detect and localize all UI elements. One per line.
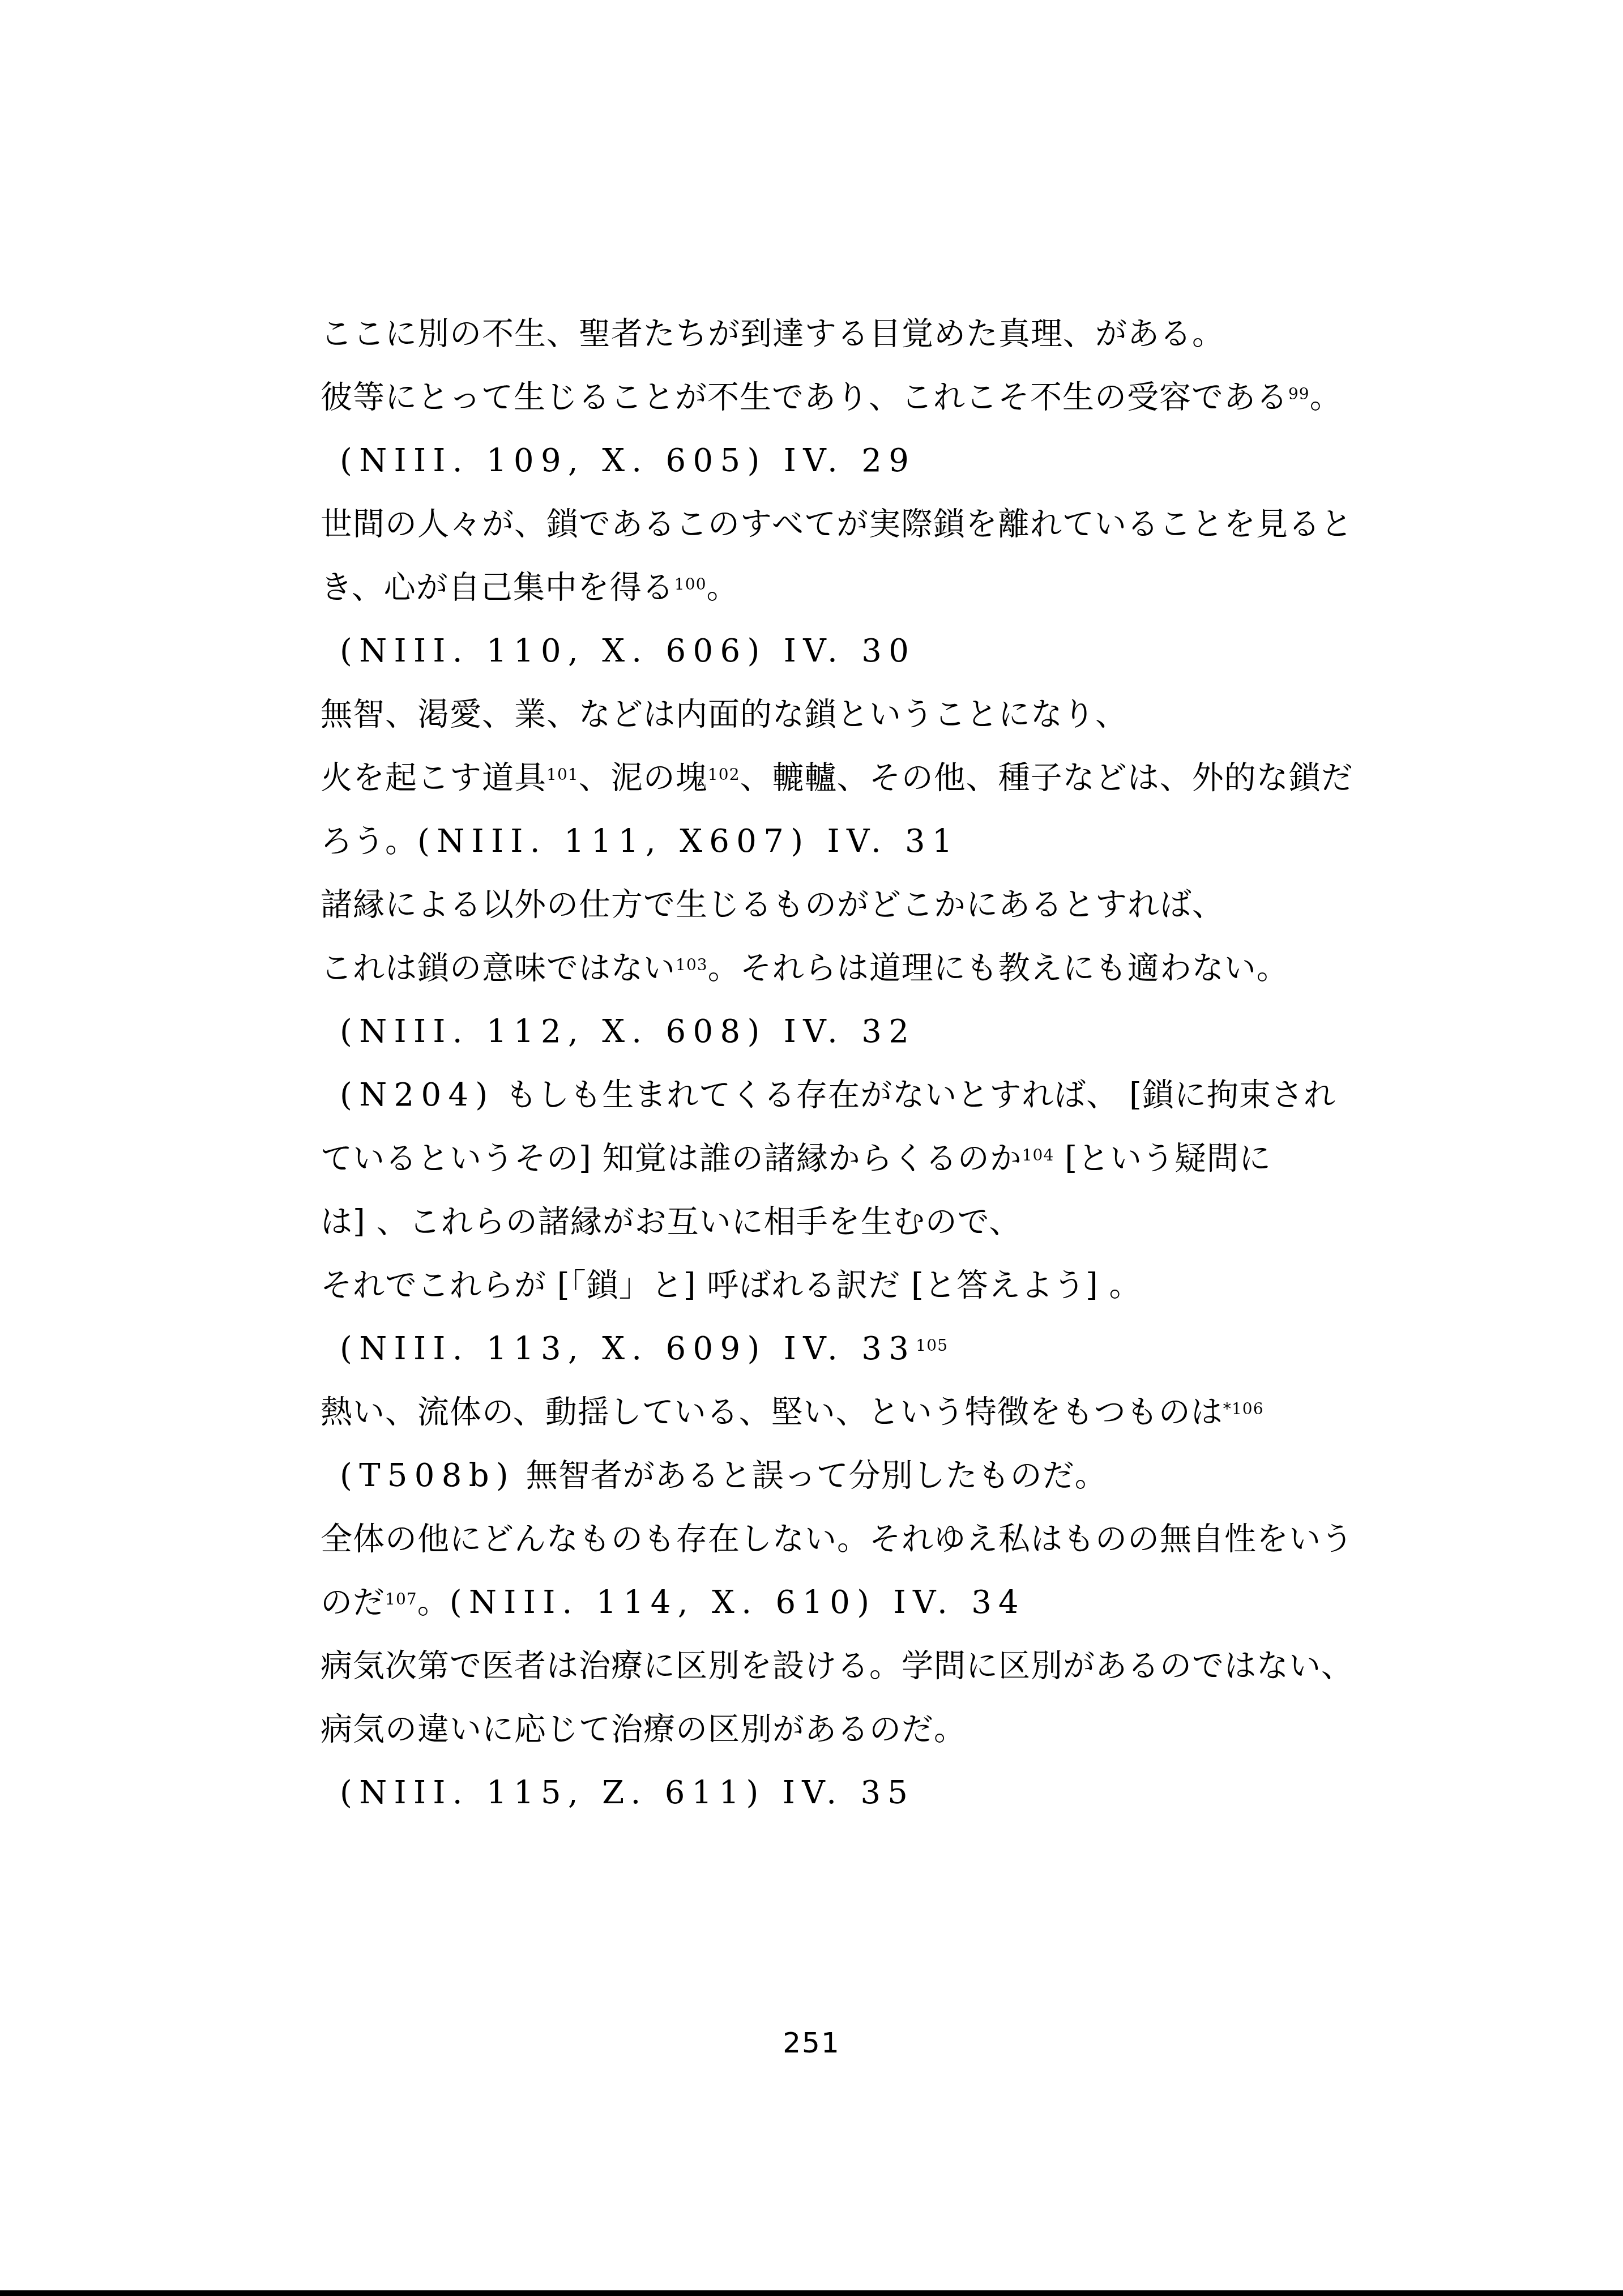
verse-reference: (NIII. 111, X607) IV. 31	[417, 823, 959, 860]
text-line: (T508b) 無智者があると誤って分別したものだ。	[321, 1444, 1351, 1508]
line-text: それでこれらが [「鎖」と] 呼ばれる訳だ [と答えよう] 。	[321, 1267, 1142, 1304]
text-line: ているというその] 知覚は誰の諸縁からくるのか104 [という疑問に	[321, 1127, 1351, 1190]
text-line: それでこれらが [「鎖」と] 呼ばれる訳だ [と答えよう] 。	[321, 1254, 1351, 1317]
footnote-marker: 99	[1288, 385, 1310, 403]
verse-reference: (NIII. 113, X. 609) IV. 33	[340, 1330, 916, 1367]
text-line: 全体の他にどんなものも存在しない。それゆえ私はものの無自性をいう	[321, 1508, 1351, 1571]
line-text: 、泥の塊	[579, 759, 708, 796]
text-line: (NIII. 110, X. 606) IV. 30	[321, 620, 1351, 683]
verse-reference: (N204)	[340, 1077, 495, 1113]
footnote-marker: 101	[546, 765, 579, 784]
line-text: 無智、渇愛、業、などは内面的な鎖ということになり、	[321, 696, 1127, 733]
line-text: は] 、これらの諸縁がお互いに相手を生むので、	[321, 1204, 1022, 1240]
line-text: 。	[1310, 379, 1342, 416]
text-line: 無智、渇愛、業、などは内面的な鎖ということになり、	[321, 683, 1351, 746]
text-line: き、心が自己集中を得る100。	[321, 556, 1351, 620]
line-text: のだ	[321, 1584, 385, 1621]
text-line: 諸縁による以外の仕方で生じるものがどこかにあるとすれば、	[321, 873, 1351, 937]
footnote-marker: 107	[385, 1590, 417, 1608]
footnote-marker: 100	[674, 575, 707, 594]
line-text: [という疑問に	[1054, 1140, 1271, 1177]
line-text: 諸縁による以外の仕方で生じるものがどこかにあるとすれば、	[321, 886, 1224, 923]
text-line: 病気次第で医者は治療に区別を設ける。学問に区別があるのではない、	[321, 1634, 1351, 1698]
text-block: ここに別の不生、聖者たちが到達する目覚めた真理、がある。 彼等にとって生じること…	[321, 302, 1351, 1825]
line-text: ここに別の不生、聖者たちが到達する目覚めた真理、がある。	[321, 315, 1224, 352]
footnote-marker: 104	[1022, 1146, 1054, 1164]
footnote-marker: 102	[708, 765, 740, 784]
scan-bottom-edge-artifact	[0, 2290, 1623, 2296]
line-text: 病気の違いに応じて治療の区別があるのだ。	[321, 1711, 966, 1748]
text-line: (NIII. 112, X. 608) IV. 32	[321, 1000, 1351, 1064]
verse-reference: (NIII. 112, X. 608) IV. 32	[340, 1013, 916, 1050]
line-text: 。	[707, 569, 739, 606]
line-text: 世間の人々が、鎖であるこのすべてが実際鎖を離れていることを見ると	[321, 506, 1353, 543]
text-line: (NIII. 115, Z. 611) IV. 35	[321, 1761, 1351, 1825]
document-page: ここに別の不生、聖者たちが到達する目覚めた真理、がある。 彼等にとって生じること…	[0, 0, 1623, 2296]
line-text: 熱い、流体の、動揺している、堅い、という特徴をもつものは	[321, 1394, 1223, 1431]
verse-reference: (NIII. 109, X. 605) IV. 29	[340, 442, 916, 479]
footnote-marker: 105	[916, 1336, 948, 1355]
line-text: き、心が自己集中を得る	[321, 569, 674, 606]
footnote-marker: 103	[676, 955, 708, 974]
line-text: 彼等にとって生じることが不生であり、これこそ不生の受容である	[321, 379, 1288, 416]
text-line: これは鎖の意味ではない103。それらは道理にも教えにも適わない。	[321, 937, 1351, 1000]
line-text: 無智者があると誤って分別したものだ。	[515, 1457, 1107, 1494]
footnote-marker: *106	[1223, 1399, 1264, 1418]
line-text: ているというその] 知覚は誰の諸縁からくるのか	[321, 1140, 1022, 1177]
text-line: (N204) もしも生まれてくる存在がないとすれば、 [鎖に拘束され	[321, 1064, 1351, 1127]
page-number: 251	[0, 2026, 1623, 2059]
verse-reference: (NIII. 114, X. 610) IV. 34	[450, 1584, 1026, 1621]
line-text: 。	[417, 1584, 450, 1621]
verse-reference: (T508b)	[340, 1457, 515, 1494]
verse-reference: (NIII. 115, Z. 611) IV. 35	[340, 1774, 915, 1811]
text-line: ろう。(NIII. 111, X607) IV. 31	[321, 810, 1351, 873]
line-text: これは鎖の意味ではない	[321, 950, 676, 987]
line-text: 病気次第で医者は治療に区別を設ける。学問に区別があるのではない、	[321, 1648, 1353, 1684]
text-line: のだ107。(NIII. 114, X. 610) IV. 34	[321, 1571, 1351, 1634]
line-text: 。それらは道理にも教えにも適わない。	[708, 950, 1289, 987]
verse-reference: (NIII. 110, X. 606) IV. 30	[340, 633, 916, 669]
text-line: (NIII. 109, X. 605) IV. 29	[321, 429, 1351, 493]
text-line: は] 、これらの諸縁がお互いに相手を生むので、	[321, 1190, 1351, 1254]
text-line: 病気の違いに応じて治療の区別があるのだ。	[321, 1698, 1351, 1761]
line-text: 火を起こす道具	[321, 759, 546, 796]
text-line: (NIII. 113, X. 609) IV. 33105	[321, 1317, 1351, 1381]
text-line: 彼等にとって生じることが不生であり、これこそ不生の受容である99。	[321, 366, 1351, 429]
text-line: 世間の人々が、鎖であるこのすべてが実際鎖を離れていることを見ると	[321, 493, 1351, 556]
line-text: 、轆轤、その他、種子などは、外的な鎖だ	[740, 759, 1353, 796]
line-text: 全体の他にどんなものも存在しない。それゆえ私はものの無自性をいう	[321, 1521, 1353, 1557]
text-line: 熱い、流体の、動揺している、堅い、という特徴をもつものは*106	[321, 1381, 1351, 1444]
text-line: 火を起こす道具101、泥の塊102、轆轤、その他、種子などは、外的な鎖だ	[321, 746, 1351, 810]
line-text: もしも生まれてくる存在がないとすれば、 [鎖に拘束され	[495, 1077, 1336, 1113]
line-text: ろう。	[321, 823, 417, 860]
text-line: ここに別の不生、聖者たちが到達する目覚めた真理、がある。	[321, 302, 1351, 366]
